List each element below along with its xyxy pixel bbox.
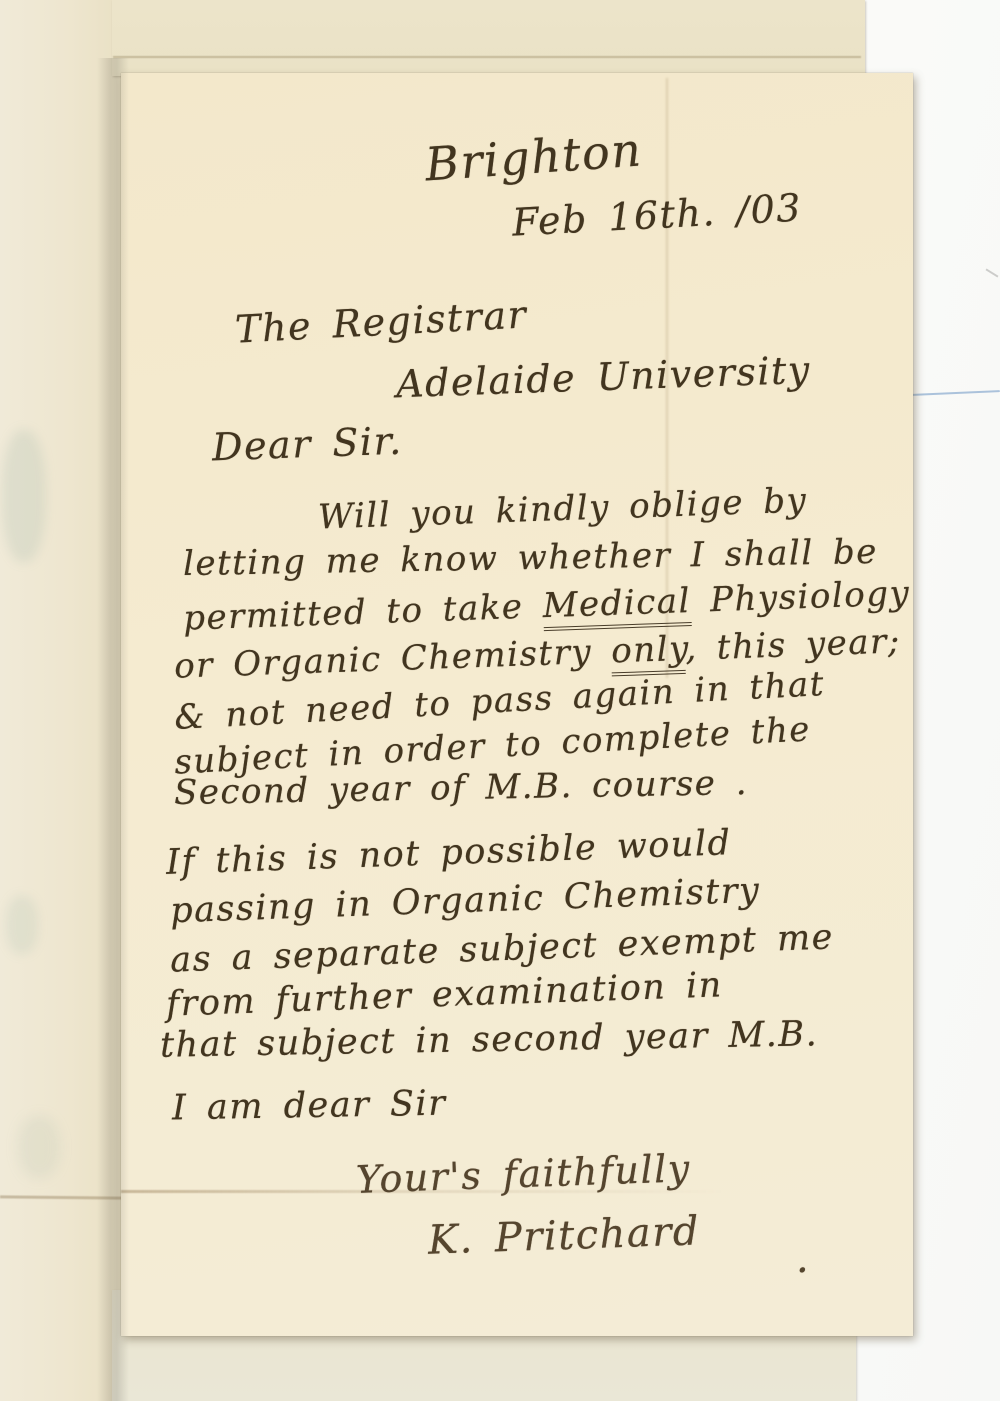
signature-line: K. Pritchard <box>427 1208 700 1263</box>
signature-period: . <box>796 1236 810 1282</box>
body-text: , this year; <box>684 621 901 669</box>
ink-showthrough-smudge <box>2 430 46 562</box>
body-text: Physiology <box>690 573 911 621</box>
backing-sheet-top-edge <box>112 0 865 76</box>
salutation-line: Dear Sir. <box>211 419 403 470</box>
underlined-word-medical: Medical <box>542 581 692 631</box>
underlined-word-only: only <box>611 629 686 677</box>
scanned-letter-page: Brighton Feb 16th. /03 The Registrar Ade… <box>0 0 1000 1401</box>
backing-sheet-left-fold <box>0 0 122 1401</box>
scratch-mark <box>986 268 999 277</box>
ink-showthrough-smudge <box>6 896 38 954</box>
ink-showthrough-smudge <box>18 1116 60 1178</box>
blue-ruled-line <box>912 390 1000 396</box>
closing-line: I am dear Sir <box>172 1084 447 1129</box>
